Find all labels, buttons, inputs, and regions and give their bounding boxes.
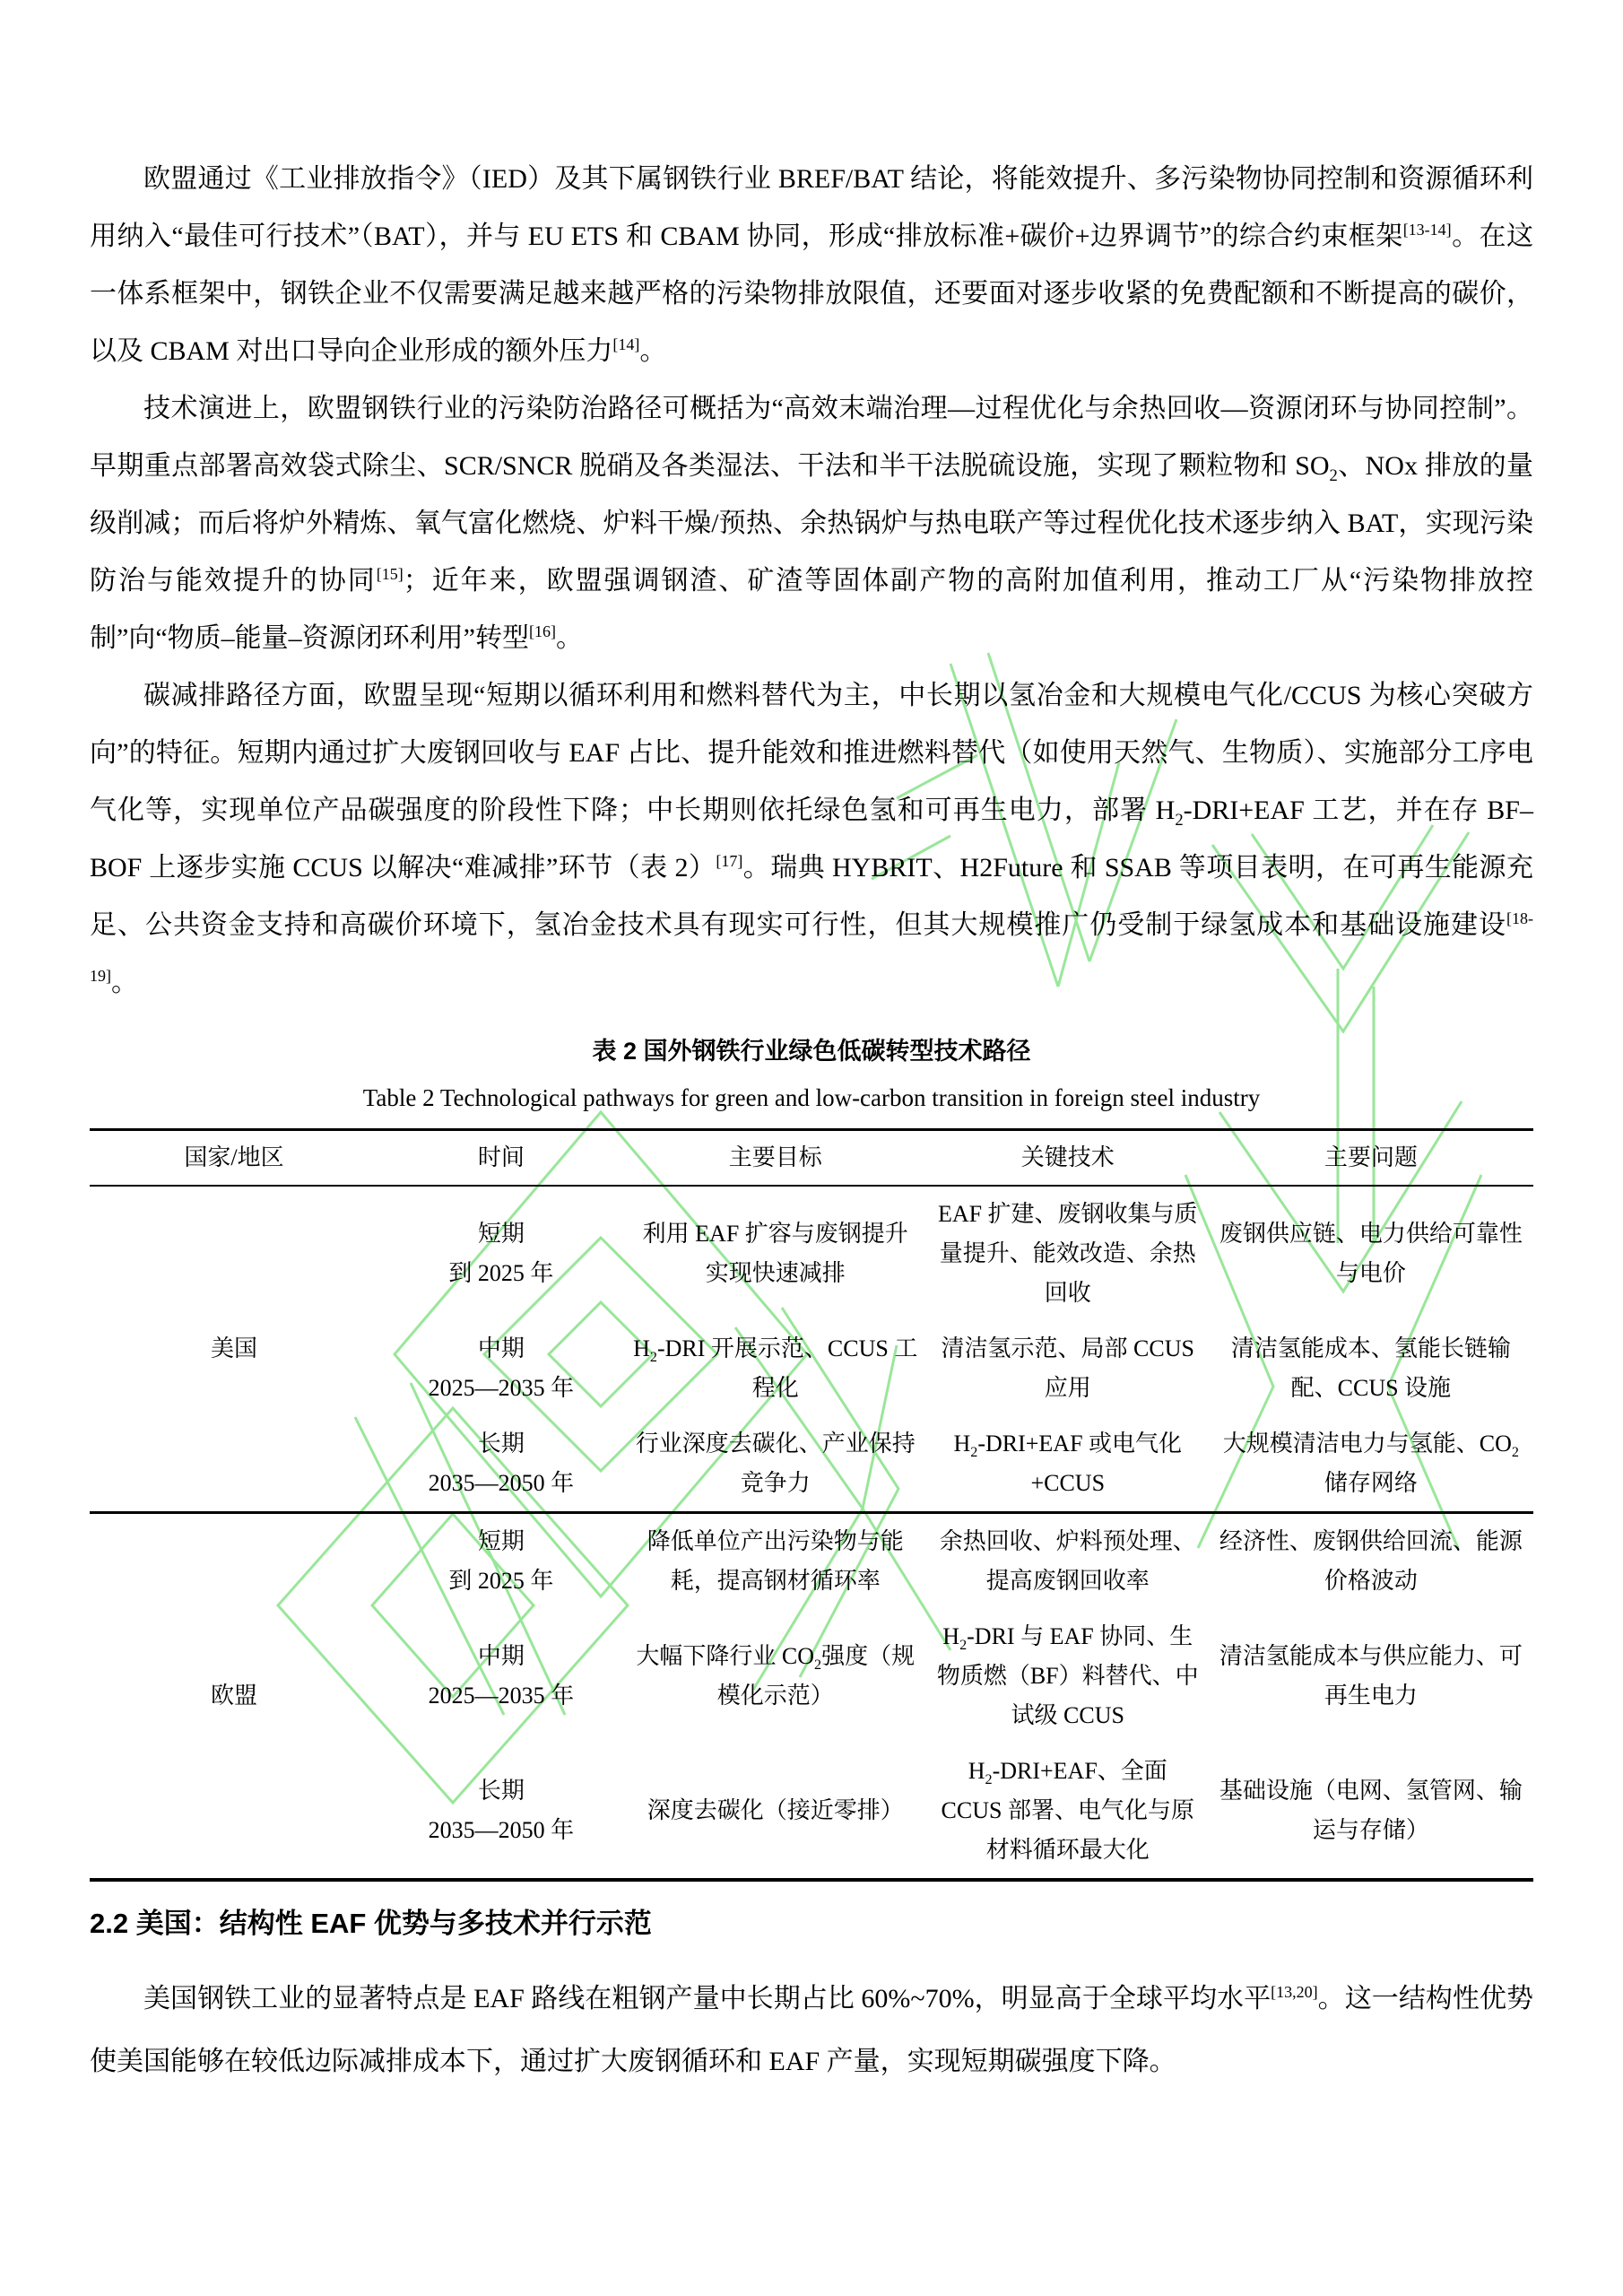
pathways-table: 国家/地区 时间 主要目标 关键技术 主要问题 美国 短期到 2025 年 利用… <box>90 1128 1533 1882</box>
chemical-subscript: 2 <box>970 1445 977 1460</box>
issue-cell: 经济性、废钢供给回流、能源价格波动 <box>1209 1513 1533 1610</box>
technology-cell: H2-DRI+EAF 或电气化+CCUS <box>927 1416 1209 1513</box>
section-heading: 2.2 美国：结构性 EAF 优势与多技术并行示范 <box>90 1903 1533 1944</box>
issue-cell: 废钢供应链、电力供给可靠性与电价 <box>1209 1186 1533 1321</box>
paragraph-eu-decarbonization-path: 碳减排路径方面，欧盟呈现“短期以循环利用和燃料替代为主，中长期以氢冶金和大规模电… <box>90 667 1533 1012</box>
chemical-subscript: 2 <box>1512 1445 1519 1460</box>
technology-cell: H2-DRI 与 EAF 协同、生物质燃（BF）料替代、中试级 CCUS <box>927 1609 1209 1744</box>
header-time: 时间 <box>378 1130 624 1187</box>
table-caption-zh: 表 2 国外钢铁行业绿色低碳转型技术路径 <box>90 1033 1533 1069</box>
goal-cell: 降低单位产出污染物与能耗，提高钢材循环率 <box>624 1513 927 1610</box>
table-row: 欧盟 短期到 2025 年 降低单位产出污染物与能耗，提高钢材循环率 余热回收、… <box>90 1513 1533 1610</box>
goal-cell: 行业深度去碳化、产业保持竞争力 <box>624 1416 927 1513</box>
technology-cell: 清洁氢示范、局部 CCUS 应用 <box>927 1321 1209 1416</box>
time-cell: 短期到 2025 年 <box>378 1186 624 1321</box>
citation-superscript: [13,20] <box>1271 1983 1318 2001</box>
citation-superscript: [13-14] <box>1403 221 1452 239</box>
issue-cell: 清洁氢能成本、氢能长链输配、CCUS 设施 <box>1209 1321 1533 1416</box>
time-cell: 长期2035—2050 年 <box>378 1744 624 1880</box>
technology-cell: H2-DRI+EAF、全面 CCUS 部署、电气化与原材料循环最大化 <box>927 1744 1209 1880</box>
chemical-subscript: 2 <box>959 1638 967 1653</box>
paragraph-eu-policy: 欧盟通过《工业排放指令》（IED）及其下属钢铁行业 BREF/BAT 结论，将能… <box>90 151 1533 380</box>
document-page: 欧盟通过《工业排放指令》（IED）及其下属钢铁行业 BREF/BAT 结论，将能… <box>0 0 1623 2296</box>
chemical-subscript: 2 <box>650 1350 657 1365</box>
time-cell: 长期2035—2050 年 <box>378 1416 624 1513</box>
goal-cell: 大幅下降行业 CO2强度（规模化示范） <box>624 1609 927 1744</box>
header-region: 国家/地区 <box>90 1130 378 1187</box>
technology-cell: 余热回收、炉料预处理、提高废钢回收率 <box>927 1513 1209 1610</box>
chemical-subscript: 2 <box>1330 466 1338 485</box>
citation-superscript: [15] <box>377 565 404 583</box>
time-cell: 中期2025—2035 年 <box>378 1321 624 1416</box>
time-cell: 短期到 2025 年 <box>378 1513 624 1610</box>
table-row: 美国 短期到 2025 年 利用 EAF 扩容与废钢提升实现快速减排 EAF 扩… <box>90 1186 1533 1321</box>
citation-superscript: [14] <box>612 335 639 353</box>
header-goal: 主要目标 <box>624 1130 927 1187</box>
table-caption-en: Table 2 Technological pathways for green… <box>90 1080 1533 1116</box>
issue-cell: 大规模清洁电力与氢能、CO2储存网络 <box>1209 1416 1533 1513</box>
region-cell-eu: 欧盟 <box>90 1513 378 1881</box>
issue-cell: 基础设施（电网、氢管网、输运与存储） <box>1209 1744 1533 1880</box>
time-cell: 中期2025—2035 年 <box>378 1609 624 1744</box>
paragraph-eu-technology-evolution: 技术演进上，欧盟钢铁行业的污染防治路径可概括为“高效末端治理—过程优化与余热回收… <box>90 380 1533 667</box>
header-issue: 主要问题 <box>1209 1130 1533 1187</box>
goal-cell: 利用 EAF 扩容与废钢提升实现快速减排 <box>624 1186 927 1321</box>
chemical-subscript: 2 <box>814 1657 821 1673</box>
region-cell-us: 美国 <box>90 1186 378 1513</box>
citation-superscript: [16] <box>529 622 556 640</box>
goal-cell: H2-DRI 开展示范、CCUS 工程化 <box>624 1321 927 1416</box>
technology-cell: EAF 扩建、废钢收集与质量提升、能效改造、余热回收 <box>927 1186 1209 1321</box>
chemical-subscript: 2 <box>985 1772 993 1787</box>
issue-cell: 清洁氢能成本与供应能力、可再生电力 <box>1209 1609 1533 1744</box>
chemical-subscript: 2 <box>1175 811 1183 830</box>
paragraph-us-eaf-advantage: 美国钢铁工业的显著特点是 EAF 路线在粗钢产量中长期占比 60%~70%，明显… <box>90 1968 1533 2093</box>
goal-cell: 深度去碳化（接近零排） <box>624 1744 927 1880</box>
citation-superscript: [17] <box>716 852 742 870</box>
table-header-row: 国家/地区 时间 主要目标 关键技术 主要问题 <box>90 1130 1533 1187</box>
header-technology: 关键技术 <box>927 1130 1209 1187</box>
citation-superscript: [18-19] <box>90 909 1533 985</box>
